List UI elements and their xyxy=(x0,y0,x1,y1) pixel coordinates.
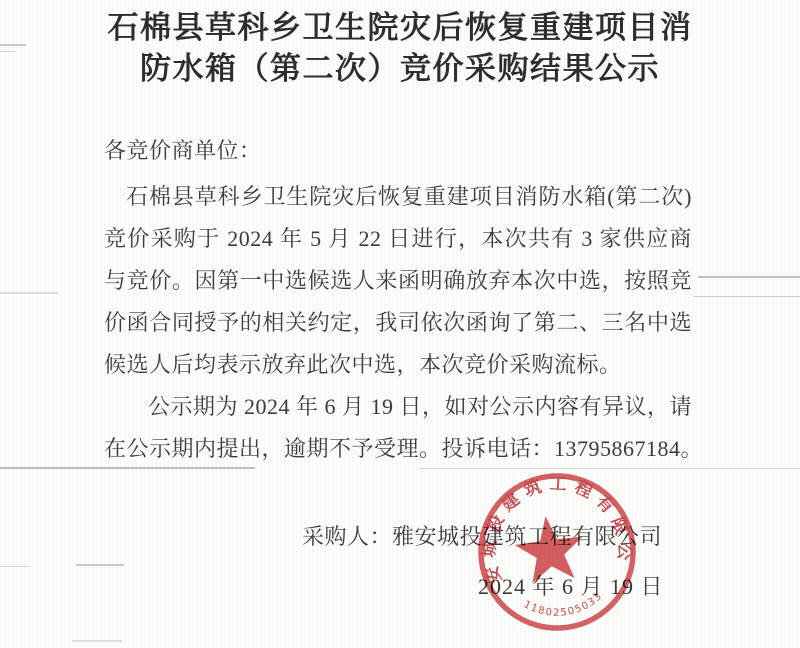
text-line: 竞价采购于 2024 年 5 月 22 日进行，本次共有 3 家供应商参 xyxy=(104,218,692,260)
document-title: 石棉县草科乡卫生院灾后恢复重建项目消防水箱（第二次）竞价采购结果公示 xyxy=(0,7,800,89)
paragraph-1: 石棉县草科乡卫生院灾后恢复重建项目消防水箱(第二次)竞价采购于 2024 年 5… xyxy=(104,176,692,386)
text-line: 防水箱（第二次）竞价采购结果公示 xyxy=(0,48,800,89)
scan-artifact xyxy=(76,564,124,566)
scan-artifact xyxy=(694,296,800,297)
scan-artifact xyxy=(0,566,30,567)
purchaser-line: 采购人：雅安城投建筑工程有限公司 xyxy=(302,516,662,558)
salutation: 各竞价商单位： xyxy=(104,130,692,172)
text-line: 石棉县草科乡卫生院灾后恢复重建项目消 xyxy=(0,7,800,48)
scan-artifact xyxy=(0,292,58,294)
scanned-document-page: 石棉县草科乡卫生院灾后恢复重建项目消防水箱（第二次）竞价采购结果公示 各竞价商单… xyxy=(0,0,800,648)
text-line: 石棉县草科乡卫生院灾后恢复重建项目消防水箱(第二次) xyxy=(104,176,692,218)
paragraph-2: 公示期为 2024 年 6 月 19 日，如对公示内容有异议，请在公示期内提出，… xyxy=(104,386,692,470)
text-line: 在公示期内提出，逾期不予受理。投诉电话：13795867184。 xyxy=(104,428,692,470)
date-line: 2024 年 6 月 19 日 xyxy=(478,566,664,608)
text-line: 公示期为 2024 年 6 月 19 日，如对公示内容有异议，请 xyxy=(104,386,692,428)
text-line: 价函合同授予的相关约定，我司依次函询了第二、三名中选 xyxy=(104,302,692,344)
text-line: 与竞价。因第一中选候选人来函明确放弃本次中选，按照竞 xyxy=(104,260,692,302)
scan-artifact xyxy=(72,640,122,642)
scan-artifact xyxy=(698,276,800,278)
text-line: 候选人后均表示放弃此次中选，本次竞价采购流标。 xyxy=(104,344,692,386)
